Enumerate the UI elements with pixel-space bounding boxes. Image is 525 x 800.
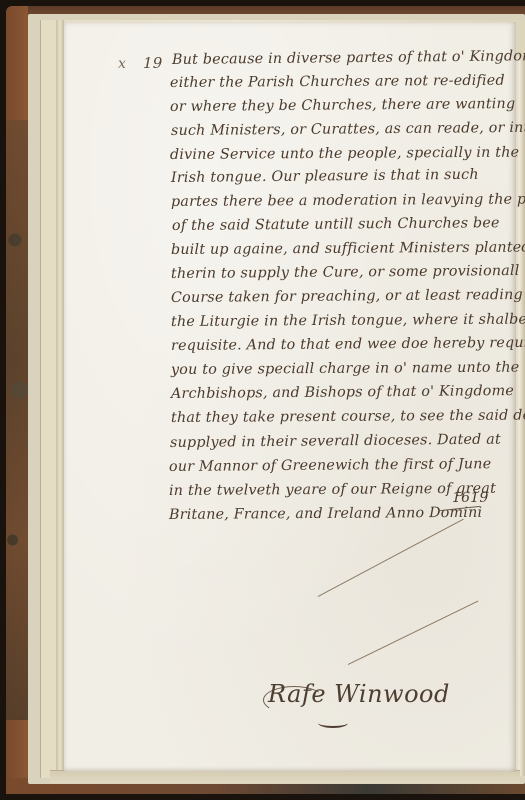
manuscript-line: requisite. And to that end wee doe hereb… bbox=[171, 333, 525, 356]
signature-underloop bbox=[318, 718, 348, 728]
manuscript-line: partes there bee a moderation in leavyin… bbox=[171, 189, 525, 212]
manuscript-line: our Mannor of Greenewich the first of Ju… bbox=[169, 454, 492, 477]
manuscript-line: you to give speciall charge in o' name u… bbox=[171, 358, 520, 380]
manuscript-scan: x 19 But because in diverse partes of th… bbox=[0, 0, 525, 800]
manuscript-line: or where they be Churches, there are wan… bbox=[170, 94, 515, 117]
manuscript-line: Irish tongue. Our pleasure is that in su… bbox=[171, 165, 479, 188]
marbled-board-edge bbox=[6, 120, 28, 720]
manuscript-line: either the Parish Churches are not re-ed… bbox=[170, 71, 505, 93]
manuscript-line: built up againe, and sufficient Minister… bbox=[171, 237, 525, 260]
guard-fold bbox=[56, 20, 64, 775]
signature: Rafe Winwood bbox=[268, 680, 450, 708]
manuscript-line: But because in diverse partes of that o'… bbox=[172, 46, 525, 70]
year-date: 1619 bbox=[452, 490, 488, 506]
folio-number: 19 bbox=[143, 54, 163, 72]
manuscript-line: the Liturgie in the Irish tongue, where … bbox=[171, 310, 525, 332]
manuscript-line: Archbishops, and Bishops of that o' King… bbox=[171, 381, 514, 404]
manuscript-line: supplyed in their severall dioceses. Dat… bbox=[170, 430, 501, 453]
marginal-cross-mark: x bbox=[118, 56, 126, 72]
manuscript-line: divine Service unto the people, speciall… bbox=[170, 143, 519, 165]
manuscript-line: such Ministers, or Curattes, as can read… bbox=[171, 117, 525, 141]
manuscript-line: Course taken for preaching, or at least … bbox=[171, 285, 523, 308]
manuscript-line: of the said Statute untill such Churches… bbox=[172, 213, 500, 236]
manuscript-line: therin to supply the Cure, or some provi… bbox=[171, 261, 520, 284]
manuscript-line: that they take present course, to see th… bbox=[171, 405, 525, 428]
manuscript-line: Britane, France, and Ireland Anno Domini bbox=[169, 503, 482, 525]
manuscript-line: in the twelveth yeare of our Reigne of g… bbox=[169, 479, 496, 501]
